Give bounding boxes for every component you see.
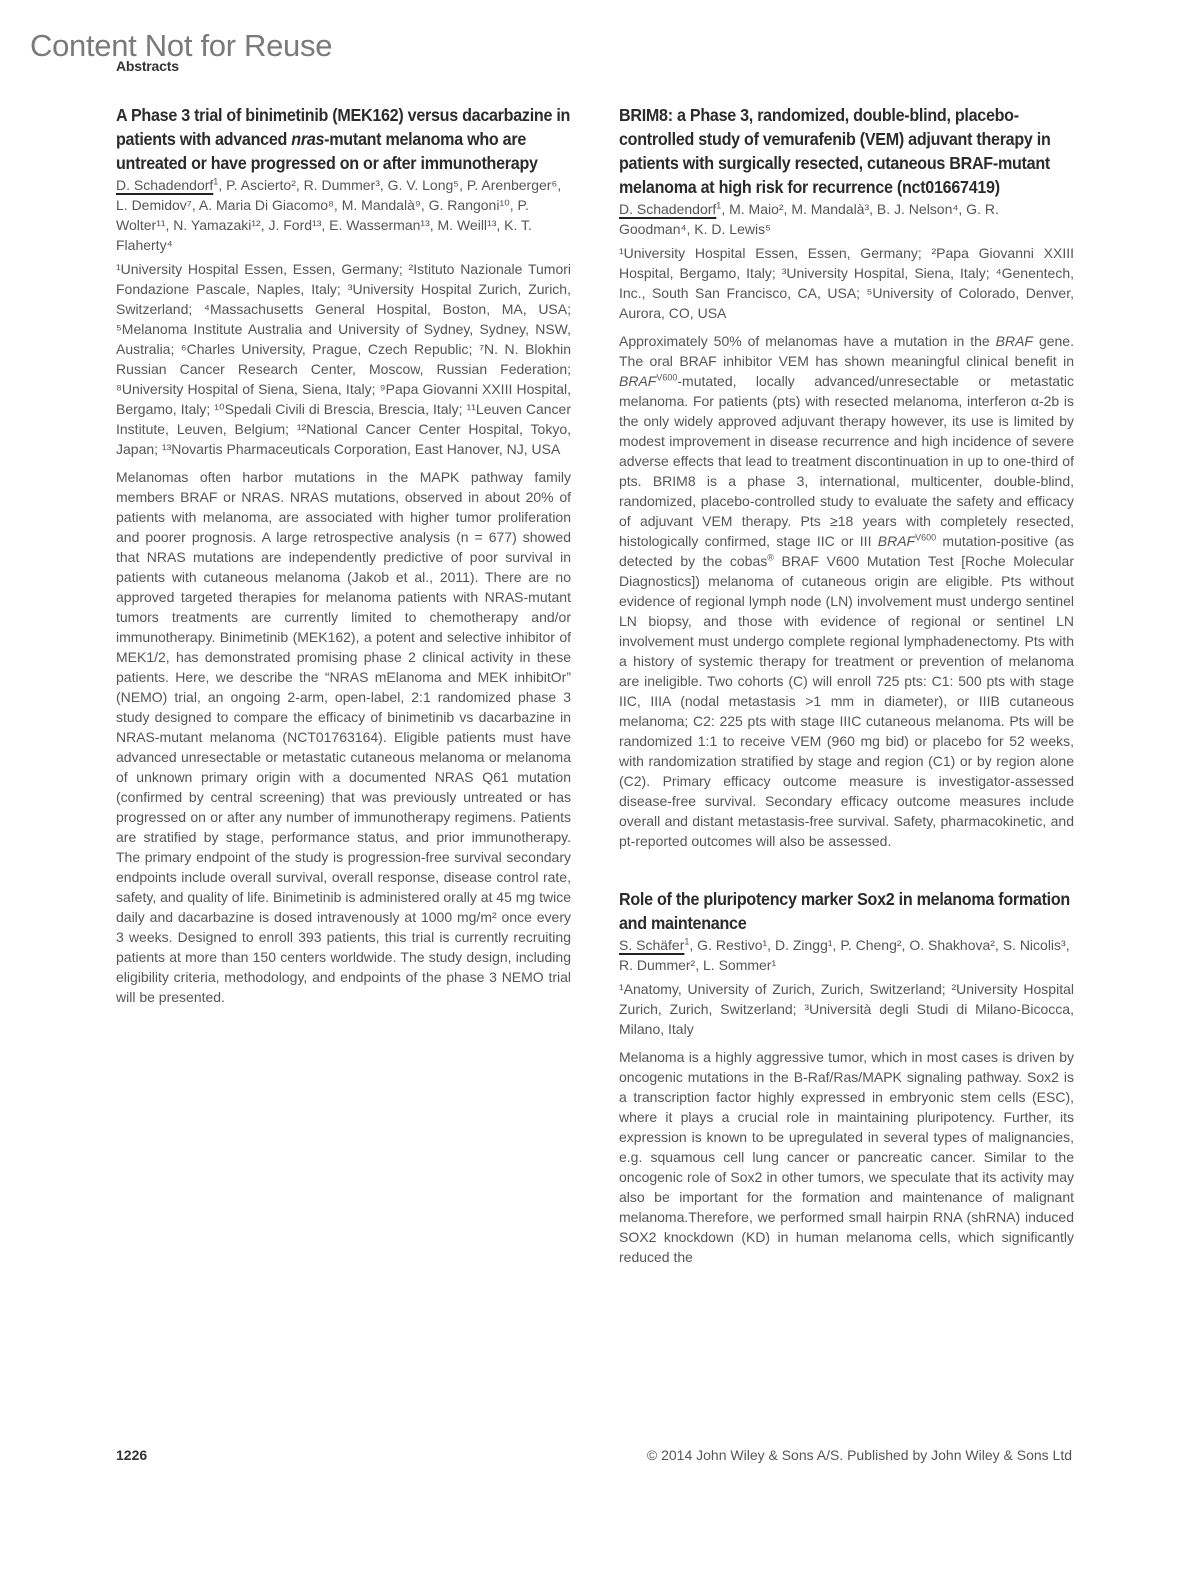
abstract-title: A Phase 3 trial of binimetinib (MEK162) … (116, 103, 571, 175)
author-list: D. Schadendorf1, M. Maio², M. Mandalà³, … (619, 199, 1074, 239)
spacer (619, 851, 1074, 887)
abstract-title: BRIM8: a Phase 3, randomized, double-bli… (619, 103, 1074, 199)
right-column: BRIM8: a Phase 3, randomized, double-bli… (619, 103, 1074, 1267)
presenting-author: D. Schadendorf (619, 201, 716, 217)
page-number: 1226 (116, 1447, 147, 1463)
abstract-body: Melanomas often harbor mutations in the … (116, 467, 571, 1007)
abstract-body: Approximately 50% of melanomas have a mu… (619, 331, 1074, 851)
watermark: Content Not for Reuse (30, 28, 332, 64)
presenting-author: S. Schäfer (619, 937, 684, 953)
abstract-brim8: BRIM8: a Phase 3, randomized, double-bli… (619, 103, 1074, 851)
presenting-author: D. Schadendorf (116, 177, 213, 193)
author-list: D. Schadendorf1, P. Ascierto², R. Dummer… (116, 175, 571, 255)
affiliations: ¹University Hospital Essen, Essen, Germa… (619, 243, 1074, 323)
abstract-binimetinib: A Phase 3 trial of binimetinib (MEK162) … (116, 103, 571, 1007)
section-label: Abstracts (116, 58, 179, 74)
abstract-sox2: Role of the pluripotency marker Sox2 in … (619, 887, 1074, 1267)
affiliations: ¹University Hospital Essen, Essen, Germa… (116, 259, 571, 459)
author-list: S. Schäfer1, G. Restivo¹, D. Zingg¹, P. … (619, 935, 1074, 975)
copyright-notice: © 2014 John Wiley & Sons A/S. Published … (647, 1447, 1072, 1463)
left-column: A Phase 3 trial of binimetinib (MEK162) … (116, 103, 571, 1007)
affiliations: ¹Anatomy, University of Zurich, Zurich, … (619, 979, 1074, 1039)
abstract-body: Melanoma is a highly aggressive tumor, w… (619, 1047, 1074, 1267)
abstract-title: Role of the pluripotency marker Sox2 in … (619, 887, 1074, 935)
